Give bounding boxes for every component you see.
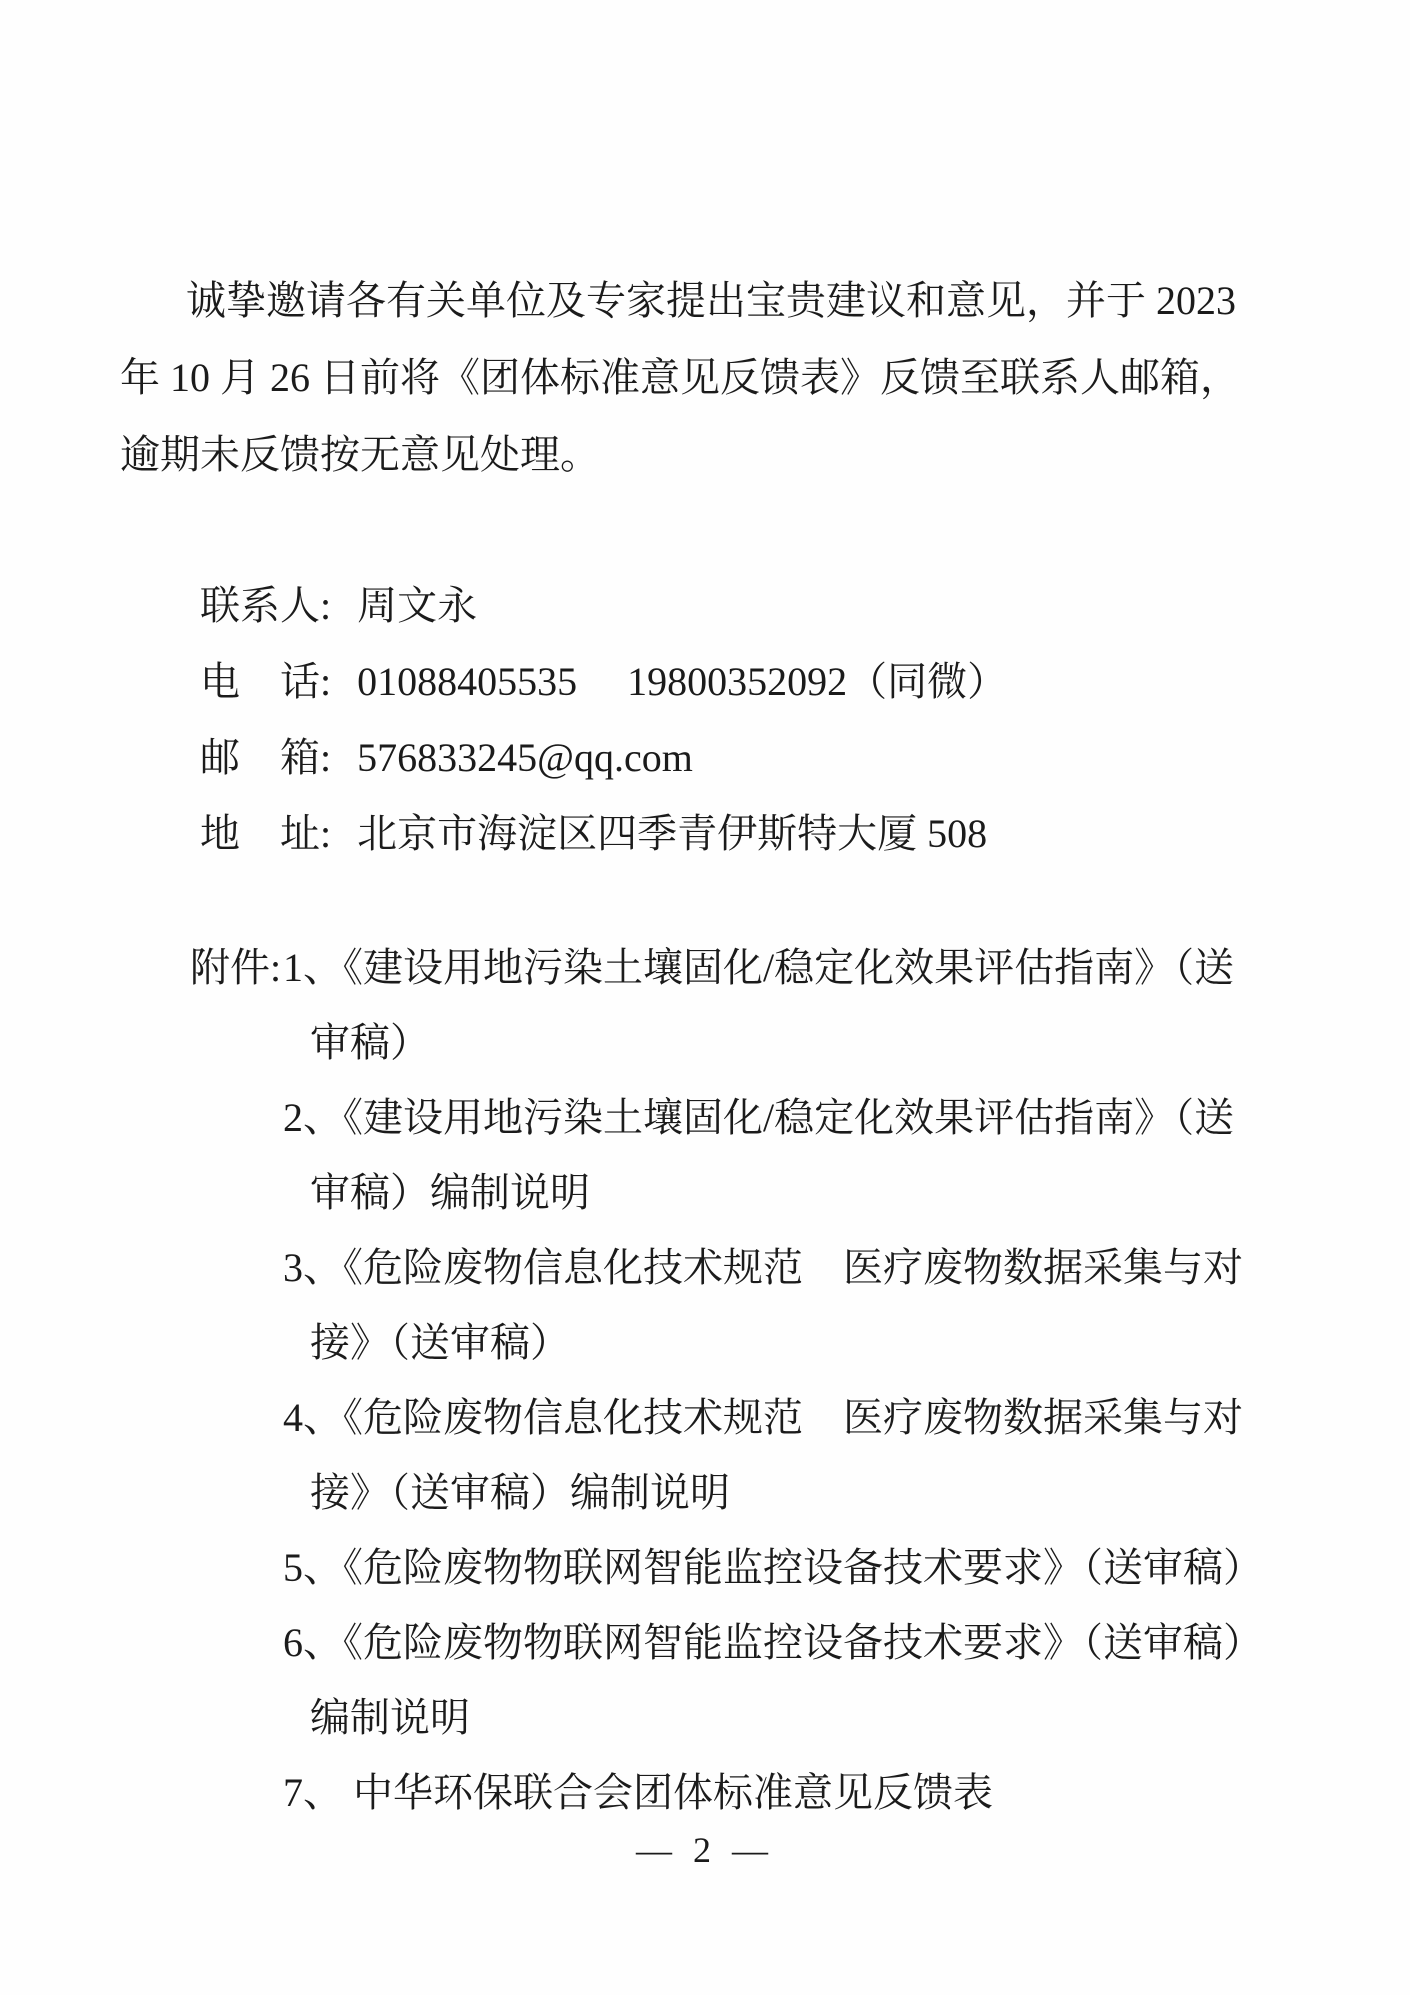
document-page: 诚挚邀请各有关单位及专家提出宝贵建议和意见，并于 2023 年 10 月 26 … — [0, 0, 1410, 1995]
attachment-line: 7、 中华环保联合会团体标准意见反馈表 — [0, 1755, 1290, 1830]
page-number: — 2 — — [0, 1830, 1410, 1870]
attachment-line: 3、《危险废物信息化技术规范 医疗废物数据采集与对 — [0, 1230, 1290, 1305]
contact-label: 地 址: — [200, 796, 331, 872]
contact-label: 联系人: — [200, 568, 331, 644]
attachment-line: 审稿） — [0, 1005, 1290, 1080]
attachment-line: 审稿）编制说明 — [0, 1155, 1290, 1230]
contact-label: 电 话: — [200, 644, 331, 720]
contact-row-name: 联系人:周文永 — [200, 568, 1007, 644]
attachment-line: 6、《危险废物物联网智能监控设备技术要求》（送审稿） — [0, 1605, 1290, 1680]
contact-row-email: 邮 箱:576833245@qq.com — [200, 720, 1007, 796]
intro-line: 逾期未反馈按无意见处理。 — [120, 416, 1260, 493]
intro-line: 诚挚邀请各有关单位及专家提出宝贵建议和意见，并于 2023 — [120, 262, 1260, 339]
attachment-line: 5、《危险废物物联网智能监控设备技术要求》（送审稿） — [0, 1530, 1290, 1605]
intro-line: 年 10 月 26 日前将《团体标准意见反馈表》反馈至联系人邮箱， — [120, 339, 1260, 416]
attachment-line: 4、《危险废物信息化技术规范 医疗废物数据采集与对 — [0, 1380, 1290, 1455]
attachment-line: 接》（送审稿）编制说明 — [0, 1455, 1290, 1530]
contact-value: 01088405535 19800352092（同微） — [357, 659, 1007, 704]
attachment-line: 接》（送审稿） — [0, 1305, 1290, 1380]
contact-label: 邮 箱: — [200, 720, 331, 796]
contact-value: 北京市海淀区四季青伊斯特大厦 508 — [357, 811, 987, 856]
contact-row-address: 地 址:北京市海淀区四季青伊斯特大厦 508 — [200, 796, 1007, 872]
contact-value: 周文永 — [357, 583, 477, 628]
contact-block: 联系人:周文永 电 话:01088405535 19800352092（同微） … — [200, 568, 1007, 872]
attachments-block: 附件: 1、《建设用地污染土壤固化/稳定化效果评估指南》（送 审稿） 2、《建设… — [0, 930, 1290, 1830]
contact-value: 576833245@qq.com — [357, 735, 693, 780]
attachment-line: 编制说明 — [0, 1680, 1290, 1755]
attachment-line: 2、《建设用地污染土壤固化/稳定化效果评估指南》（送 — [0, 1080, 1290, 1155]
intro-paragraph: 诚挚邀请各有关单位及专家提出宝贵建议和意见，并于 2023 年 10 月 26 … — [120, 262, 1260, 493]
attachments-label: 附件: — [190, 930, 281, 1005]
contact-row-phone: 电 话:01088405535 19800352092（同微） — [200, 644, 1007, 720]
